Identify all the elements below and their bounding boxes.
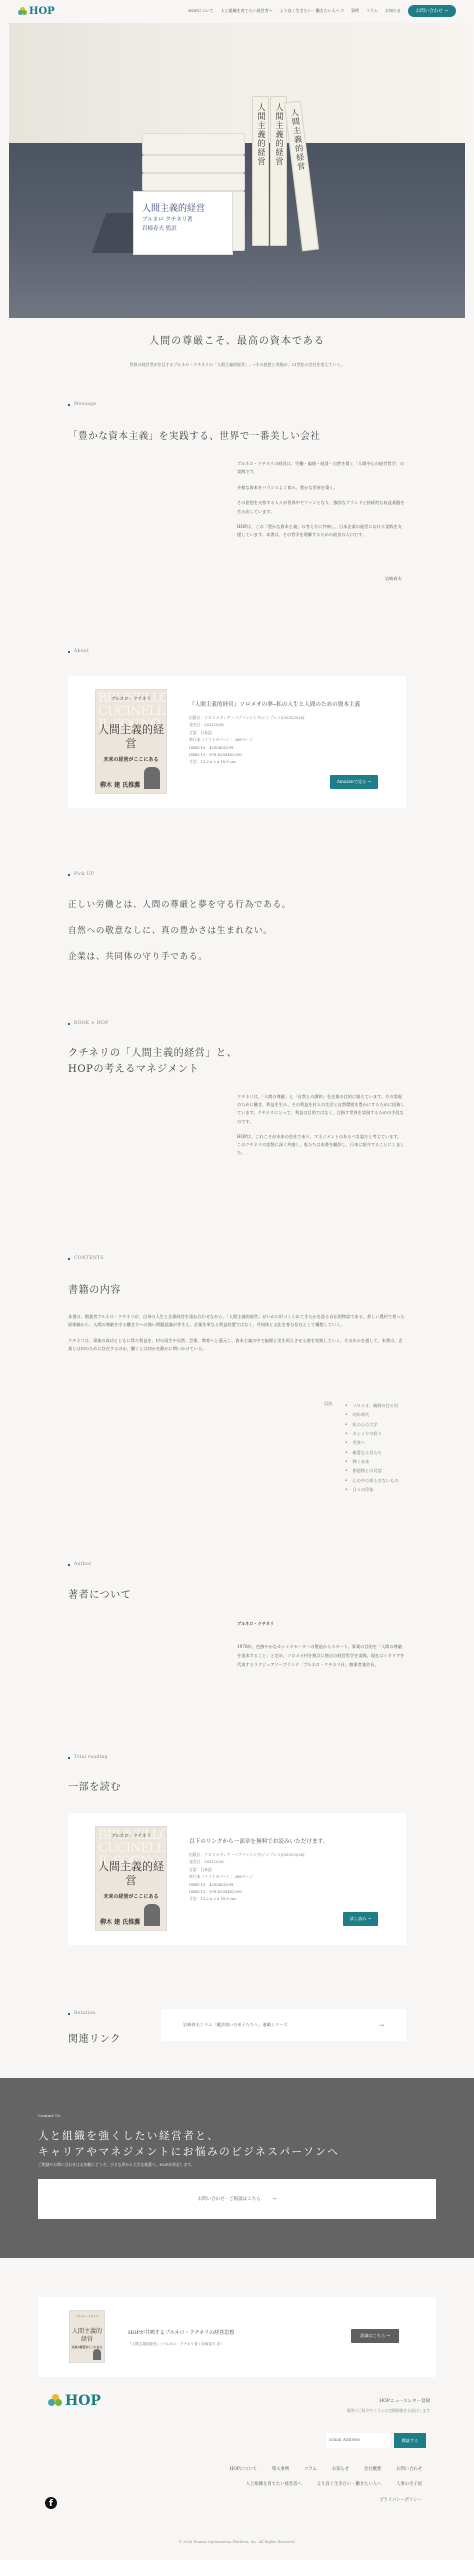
trial-read-button[interactable]: 試し読み → xyxy=(343,1912,378,1926)
footer-link[interactable]: 導入事例 xyxy=(272,2466,289,2472)
toc-item: 創造物との対話 xyxy=(345,1466,399,1475)
about-book-card: BRUNELLO CUCINELLI IL SOGNO ブルネロ・クチネリ 人間… xyxy=(68,676,406,808)
footer-link[interactable]: HOPについて xyxy=(230,2466,257,2472)
handwritten-card: 人間主義的経営 ブルネロ クチネリ著 岩崎春夫 監訳 xyxy=(133,191,233,255)
trial-book-card: BRUNELLO CUCINELLI IL SOGNO ブルネロ・クチネリ 人間… xyxy=(68,1813,406,1945)
toc-item: 親愛なる君たち xyxy=(345,1448,399,1457)
toc-item: カシミヤの彩り xyxy=(345,1429,399,1438)
contact-cta-button[interactable]: お問い合わせ・ご相談はこちら → xyxy=(38,2179,436,2219)
toc-item: 幼年時代 xyxy=(345,1410,399,1419)
author-bio: 1978年、色鮮やかなカシミヤセーターの製造からスタート。事業の目的を「人間の尊… xyxy=(237,1642,405,1669)
nav-column[interactable]: コラム xyxy=(366,8,378,14)
subscribe-button[interactable]: 購読する xyxy=(394,2433,426,2448)
contact-section: Contact Us 人と組織を強くしたい経営者と、キャリアやマネジメントにお悩… xyxy=(0,2078,474,2258)
table-of-contents: ソロメオ、鵜飼の住る村 幼年時代 私の心の大学 カシミヤの彩り 世界へ 親愛なる… xyxy=(345,1401,399,1494)
footer-link[interactable]: より良く生きたい・働きたい人へ xyxy=(317,2481,381,2487)
section-label-contents: CONTENTS xyxy=(68,1256,104,1261)
book-cover: BRUNELLO CUCINELLI IL SOGNO ブルネロ・クチネリ 人間… xyxy=(95,689,167,794)
footer-link[interactable]: コラム xyxy=(304,2466,317,2472)
message-body: ブルネロ・クチネリの経営は、労働・倫理・経済・自然を貫く「人間中心の経営哲学」の… xyxy=(237,460,405,547)
section-label-message: Message xyxy=(68,402,96,407)
newsletter-desc: 事例のご紹介やコラムの定期情報をお届けします xyxy=(347,2408,431,2414)
contents-body: 本書は、創業者ブルネロ・クチネリが、自身の人生と企業経営を重ね合わせながら、「人… xyxy=(68,1313,406,1361)
author-photo xyxy=(144,767,160,789)
section-label-about: About xyxy=(68,649,89,654)
book-stack-1 xyxy=(142,133,245,155)
footer-links-row1: HOPについて 導入事例 コラム お知らせ 会社概要 お問い合わせ xyxy=(230,2466,422,2472)
toc-item: 日々の印象 xyxy=(345,1485,399,1494)
contact-kicker: Contact Us xyxy=(38,2113,61,2118)
nav-about[interactable]: HOPについて xyxy=(188,8,213,14)
book-meta: 出版社：クロスメディア・パブリッシング(インプレス)(2021/3/26)発売日… xyxy=(189,1851,304,1903)
promo-detail-button[interactable]: 詳細はこちら → xyxy=(351,2329,399,2343)
footer-link[interactable]: お知らせ xyxy=(332,2466,349,2472)
message-signature: 岩崎春夫 xyxy=(385,575,402,583)
section-label-bookhop: BOOK × HOP xyxy=(68,1021,108,1026)
pickup-quote: 企業は、共同体の守り手である。 xyxy=(68,950,291,962)
author-title: 著者について xyxy=(68,1588,131,1604)
nav-for-executives[interactable]: 人と組織を育てたい経営者へ xyxy=(221,8,273,14)
promo-title: HOPが共鳴するブルネロ・クチネリの経営思想 xyxy=(128,2329,234,2336)
toc-item: 輝く未来 xyxy=(345,1457,399,1466)
author-photo xyxy=(144,1904,160,1926)
contact-button[interactable]: お問い合わせ → xyxy=(408,5,456,17)
book-spine: 人間主義的経営 xyxy=(252,96,269,246)
toc-item: 世界へ xyxy=(345,1438,399,1447)
message-title: 「豊かな資本主義」を実践する、世界で一番美しい会社 xyxy=(68,430,321,445)
site-logo[interactable]: HOP xyxy=(18,6,55,17)
bookhop-body: クチネリは、「人間の尊厳」と「自然との調和」を企業の目的に据えています。その実現… xyxy=(237,1093,405,1164)
footer-link[interactable]: 会社概要 xyxy=(364,2466,381,2472)
author-name: ブルネロ・クチネリ xyxy=(237,1620,274,1628)
book-title: 『人間主義的経営』ソロメオの夢─私の人生と人間のための資本主義 xyxy=(189,700,360,708)
arrow-right-icon: → xyxy=(379,2022,384,2029)
footer-links-row3: プライバシーポリシー xyxy=(379,2497,422,2503)
email-input[interactable] xyxy=(326,2433,390,2448)
pickup-quotes: 正しい労働とは、人間の尊厳と夢を守る行為である。 自然への敬意なしに、真の豊かさ… xyxy=(68,898,291,976)
book-stack-3 xyxy=(142,173,245,191)
copyright: © 2026 Human Optimization Platform, Inc.… xyxy=(0,2540,474,2544)
section-label-relation: Relation xyxy=(68,2011,95,2016)
bookhop-title: クチネリの「人間主義的経営」と、HOPの考えるマネジメント xyxy=(68,1046,237,1077)
trial-lead: 以下のリンクから一部章を無料でお読みいただけます。 xyxy=(189,1837,328,1845)
promo-sub: 『人間主義的経営』（ブルネロ・クチネリ著 / 岩崎春夫 訳） xyxy=(128,2341,224,2348)
toc-item: 私の心の大学 xyxy=(345,1420,399,1429)
newsletter-title: HOPニュースレター登録 xyxy=(379,2398,430,2404)
section-label-pickup: Pick UP xyxy=(68,872,94,877)
contents-title: 書籍の内容 xyxy=(68,1283,121,1299)
section-label-trial: Trial reading xyxy=(68,1755,108,1760)
section-label-author: Author xyxy=(68,1562,92,1567)
toc-item: 心の中の揺るぎないもの xyxy=(345,1476,399,1485)
book-cover: BRUNELLO CUCINELLI IL SOGNO ブルネロ・クチネリ 人間… xyxy=(95,1826,167,1931)
footer-link[interactable]: お問い合わせ xyxy=(396,2466,422,2472)
hop-logo-icon xyxy=(48,2394,62,2408)
hero-image: 人間主義的経営 人間主義的経営 人間主義的経営 人間主義的経営 ブルネロ クチネ… xyxy=(9,23,465,318)
facebook-icon[interactable]: f xyxy=(45,2497,57,2509)
book-stack-2 xyxy=(142,155,245,173)
book-cover-small: ブルネロ・クチネリ 人間主義的経営 未来の経営がここにある xyxy=(69,2310,105,2363)
nav-cases[interactable]: 事例 xyxy=(351,8,359,14)
toc-label: 目次 xyxy=(324,1401,332,1407)
footer-link[interactable]: 人と組織を育てたい経営者へ xyxy=(246,2481,302,2487)
footer-link-privacy[interactable]: プライバシーポリシー xyxy=(379,2497,422,2503)
intro-title: 人間の尊厳こそ、最高の資本である xyxy=(0,332,474,347)
hero-wall xyxy=(9,23,465,143)
site-header: HOP HOPについて 人と組織を育てたい経営者へ より良く生きたい・働きたい人… xyxy=(0,0,474,22)
toc-item: ソロメオ、鵜飼の住る村 xyxy=(345,1401,399,1410)
amazon-button[interactable]: Amazonで見る → xyxy=(330,775,378,789)
trial-title: 一部を読む xyxy=(68,1780,121,1796)
related-link-column[interactable]: 岩崎春夫コラム「魔法使いの弟子たちへ」連載シリーズ → xyxy=(161,2009,406,2041)
book-meta: 出版社：クロスメディア・パブリッシング(インプレス)(2021/3/26)発売日… xyxy=(189,714,304,766)
promo-banner: ブルネロ・クチネリ 人間主義的経営 未来の経営がここにある HOPが共鳴するブル… xyxy=(38,2297,436,2377)
contact-title: 人と組織を強くしたい経営者と、キャリアやマネジメントにお悩みのビジネスパーソンへ xyxy=(38,2128,339,2161)
pickup-quote: 自然への敬意なしに、真の豊かさは生まれない。 xyxy=(68,924,291,936)
footer-link[interactable]: 人事の寺子屋 xyxy=(396,2481,422,2487)
nav-for-individuals[interactable]: より良く生きたい・働きたい人へ ▽ xyxy=(280,8,344,14)
footer-logo[interactable]: HOP xyxy=(48,2393,101,2409)
arrow-right-icon: → xyxy=(273,2197,277,2202)
contact-desc: ご相談やお問い合わせはお気軽にどうぞ。小さな芽から大きな枝葉へ、HOPが伴走しま… xyxy=(38,2162,195,2168)
relation-title: 関連リンク xyxy=(68,2032,121,2048)
book-spine: 人間主義的経営 xyxy=(270,96,287,246)
nav-news[interactable]: お知らせ xyxy=(385,8,401,14)
footer-links-row2: 人と組織を育てたい経営者へ より良く生きたい・働きたい人へ 人事の寺子屋 xyxy=(246,2481,422,2487)
intro-subtitle: 世界の経営者が注目するブルネロ・クチネリの「人間主義的経営」。─その思想と実践が… xyxy=(0,362,474,368)
hop-logo-icon xyxy=(18,7,27,16)
main-nav: HOPについて 人と組織を育てたい経営者へ より良く生きたい・働きたい人へ ▽ … xyxy=(188,5,456,17)
pickup-quote: 正しい労働とは、人間の尊厳と夢を守る行為である。 xyxy=(68,898,291,910)
